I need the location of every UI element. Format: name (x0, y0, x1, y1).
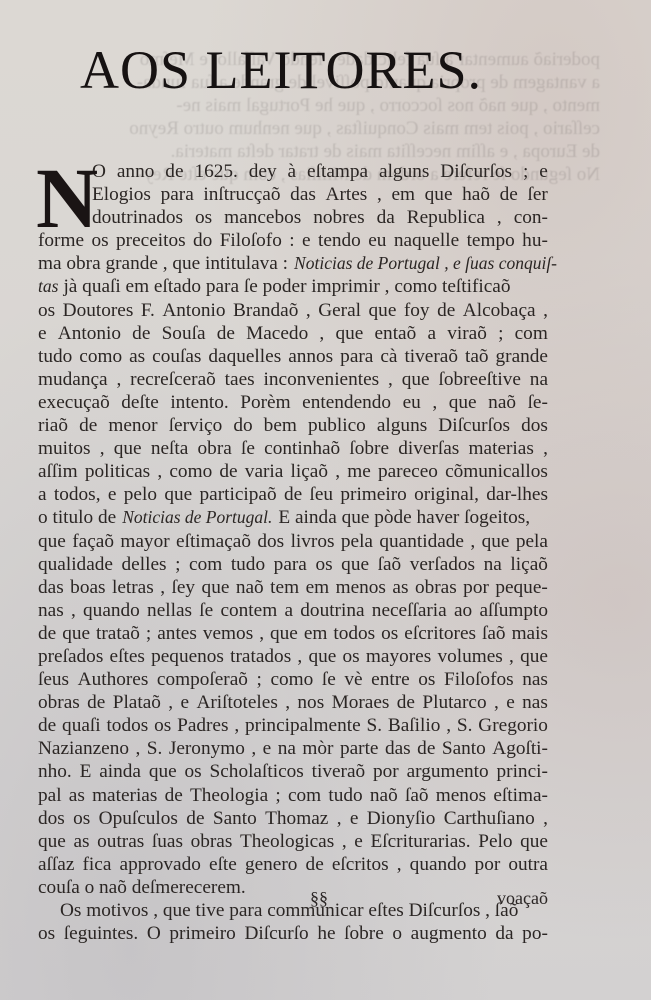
line-text: doutrinadososmancebosnobresdaRepublica,c… (92, 206, 548, 229)
line-text: quefaçaõmayoreſtimaçaõdoslivrospelaquant… (38, 530, 548, 553)
catchword: voaçaõ (497, 888, 548, 909)
text-line: formeospreceitosdoFiloſofo:etendoeunaque… (38, 229, 548, 252)
text-line: dequetrataõ;antesvemos,queemtodososeſcri… (38, 622, 548, 645)
book-page: poderiaõ aumentar a ſua felicidade , ſen… (0, 0, 651, 1000)
line-text: eAntoniodeSouſadeMacedo,queentaõaviraõ;c… (38, 322, 548, 345)
text-line: eAntoniodeSouſadeMacedo,queentaõaviraõ;c… (38, 322, 548, 345)
text-line: dososOpuſculosdeSantoThomaz,eDionyſioCar… (38, 807, 548, 830)
line-text: muitos,queneſtaobraſecontinhaõſobrediver… (38, 437, 548, 460)
text-line: qualidadedelles;comtudoparaosqueſaõverſa… (38, 553, 548, 576)
line-text: Nazianzeno,S.Jeronymo,enamòrpartedasdeSa… (38, 737, 548, 760)
line-text: dequetrataõ;antesvemos,queemtodososeſcri… (38, 622, 548, 645)
line-text: qualidadedelles;comtudoparaosqueſaõverſa… (38, 553, 548, 576)
line-text: dososOpuſculosdeSantoThomaz,eDionyſioCar… (38, 807, 548, 830)
text-line: execuçaõdeſteintento.Porèmentendendoeu,q… (38, 391, 548, 414)
line-text: dequaſitodososPadres,principalmenteS.Baſ… (38, 714, 548, 737)
text-line: aſſimpoliticas,comodevarialiçaõ,meparece… (38, 460, 548, 483)
text-line: ma obra grande , que intitulava :Noticia… (38, 252, 548, 275)
italic-title-text: tas (38, 275, 58, 298)
text-line: dequaſitodososPadres,principalmenteS.Baſ… (38, 714, 548, 737)
body-text: N Oannode1625.deyàeſtampaalgunsDiſcurſos… (38, 160, 548, 945)
line-text: riaõdemenorſerviçodobempublicoalgunsDiſc… (38, 414, 548, 437)
line-text: ma obra grande , que intitulava : (38, 252, 288, 275)
line-text: tudocomoascouſasdaquellesannosparacàtive… (38, 345, 548, 368)
bleed-line: ceſſario , pois tem mais Conquiſtas , qu… (40, 117, 600, 140)
text-line: riaõdemenorſerviçodobempublicoalgunsDiſc… (38, 414, 548, 437)
text-line: obrasdePlataõ,eAriſtoteles,nosMoraesdePl… (38, 691, 548, 714)
text-line: ſeusAuthorescompoſeraõ;comoſevèentreosFi… (38, 668, 548, 691)
text-line: doutrinadososmancebosnobresdaRepublica,c… (92, 206, 548, 229)
text-line: nas,quandonellasſecontemadoutrinaneceſſa… (38, 599, 548, 622)
line-text: aſſimpoliticas,comodevarialiçaõ,meparece… (38, 460, 548, 483)
signature-mark: §§ (310, 888, 328, 909)
drop-cap: N (36, 160, 98, 236)
line-text: E ainda que pòde haver ſogeitos, (278, 506, 530, 529)
text-line: tasjà quaſi em eſtado para ſe poder impr… (38, 275, 548, 298)
text-line: osDoutoresF.AntonioBrandaõ,Geralquefoyde… (38, 299, 548, 322)
text-line: quefaçaõmayoreſtimaçaõdoslivrospelaquant… (38, 530, 548, 553)
text-line: palasmateriasdeTheologia;comtudonaõſaõme… (38, 784, 548, 807)
line-text: osDoutoresF.AntonioBrandaõ,Geralquefoyde… (38, 299, 548, 322)
line-text: osſeguintes.OprimeiroDiſcurſoheſobreoaug… (38, 922, 548, 945)
line-text: Oannode1625.deyàeſtampaalgunsDiſcurſos;e (92, 160, 548, 183)
line-text: nas,quandonellasſecontemadoutrinaneceſſa… (38, 599, 548, 622)
line-text: ElogiosparainſtrucçaõdasArtes,emquehaõde… (92, 183, 548, 206)
text-line: osſeguintes.OprimeiroDiſcurſoheſobreoaug… (38, 922, 548, 945)
text-line: o titulo deNoticias de Portugal.E ainda … (38, 506, 548, 529)
line-text: nho.EaindaqueosScholaſticostiveraõporarg… (38, 760, 548, 783)
text-line: tudocomoascouſasdaquellesannosparacàtive… (38, 345, 548, 368)
line-text: formeospreceitosdoFiloſofo:etendoeunaque… (38, 229, 548, 252)
text-line: dasboasletras,ſeyquenaõtememmenosasobras… (38, 576, 548, 599)
line-text: dasboasletras,ſeyquenaõtememmenosasobras… (38, 576, 548, 599)
text-line: nho.EaindaqueosScholaſticostiveraõporarg… (38, 760, 548, 783)
text-line: Nazianzeno,S.Jeronymo,enamòrpartedasdeSa… (38, 737, 548, 760)
text-line: queasoutrasſuasobrasTheologicas,eEſcritu… (38, 830, 548, 853)
text-line: aſſazficaapprovadoeſtegenerodeeſcritos,q… (38, 853, 548, 876)
line-text: preſadoseſtespequenostratados,queosmayor… (38, 645, 548, 668)
line-text: palasmateriasdeTheologia;comtudonaõſaõme… (38, 784, 548, 807)
text-line: muitos,queneſtaobraſecontinhaõſobrediver… (38, 437, 548, 460)
italic-title-text: Noticias de Portugal , e ſuas conquiſ- (294, 252, 557, 275)
page-title: AOS LEITORES. (80, 40, 482, 100)
line-text: obrasdePlataõ,eAriſtoteles,nosMoraesdePl… (38, 691, 548, 714)
line-text: jà quaſi em eſtado para ſe poder imprimi… (63, 275, 510, 298)
line-text: ſeusAuthorescompoſeraõ;comoſevèentreosFi… (38, 668, 548, 691)
text-line: mudança,recreſceraõtaesinconvenientes,qu… (38, 368, 548, 391)
text-line: Oannode1625.deyàeſtampaalgunsDiſcurſos;e (92, 160, 548, 183)
line-text: queasoutrasſuasobrasTheologicas,eEſcritu… (38, 830, 548, 853)
page-footer: §§ voaçaõ (38, 888, 548, 911)
line-text: execuçaõdeſteintento.Porèmentendendoeu,q… (38, 391, 548, 414)
line-text: o titulo de (38, 506, 116, 529)
line-text: atodos,epeloqueparticipaõdeſeuprimeiroor… (38, 483, 548, 506)
text-line: atodos,epeloqueparticipaõdeſeuprimeiroor… (38, 483, 548, 506)
opening-paragraph-start: N Oannode1625.deyàeſtampaalgunsDiſcurſos… (38, 160, 548, 229)
line-text: aſſazficaapprovadoeſtegenerodeeſcritos,q… (38, 853, 548, 876)
line-text: mudança,recreſceraõtaesinconvenientes,qu… (38, 368, 548, 391)
italic-title-text: Noticias de Portugal. (122, 506, 272, 529)
text-line: preſadoseſtespequenostratados,queosmayor… (38, 645, 548, 668)
text-line: ElogiosparainſtrucçaõdasArtes,emquehaõde… (92, 183, 548, 206)
